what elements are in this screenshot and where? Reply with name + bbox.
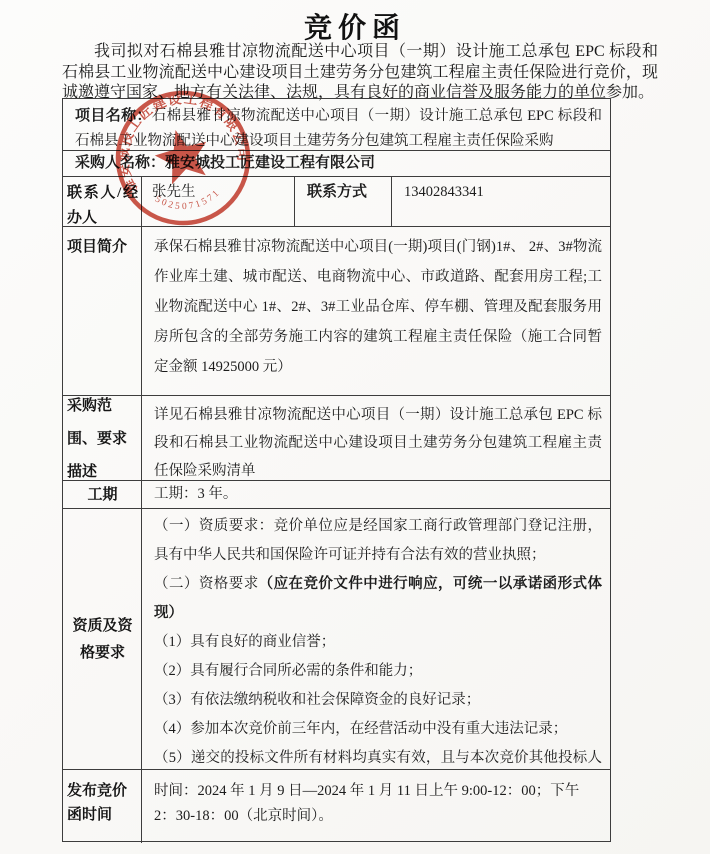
qualification-line: （4）参加本次竞价前三年内，在经营活动中没有重大违法记录； xyxy=(154,715,602,744)
contact-label: 联系人/经办人 xyxy=(63,177,141,226)
table-row-brief: 项目简介 承保石棉县雅甘凉物流配送中心项目(一期)项目(门钢)1#、 2#、3#… xyxy=(63,226,610,395)
scope-text: 详见石棉县雅甘凉物流配送中心项目（一期）设计施工总承包 EPC 标段和石棉县工业… xyxy=(141,396,610,480)
duration-label: 工期 xyxy=(63,481,141,508)
qualification-content: （一）资质要求：竞价单位应是经国家工商行政管理部门登记注册，具有中华人民共和国保… xyxy=(141,509,610,769)
project-name-cell: 项目名称：石棉县雅甘凉物流配送中心项目（一期）设计施工总承包 EPC 标段和石棉… xyxy=(63,99,610,150)
document-page: 竞价函 我司拟对石棉县雅甘凉物流配送中心项目（一期）设计施工总承包 EPC 标段… xyxy=(0,0,710,854)
scope-label: 采购范围、要求描述 xyxy=(63,396,141,480)
table-row-contact: 联系人/经办人 张先生 联系方式 13402843341 xyxy=(63,176,610,226)
table-row-publish-time: 发布竞价函时间 时间：2024 年 1 月 9 日—2024 年 1 月 11 … xyxy=(63,769,610,843)
bid-info-table: 项目名称：石棉县雅甘凉物流配送中心项目（一期）设计施工总承包 EPC 标段和石棉… xyxy=(62,98,611,842)
intro-paragraph: 我司拟对石棉县雅甘凉物流配送中心项目（一期）设计施工总承包 EPC 标段和石棉县… xyxy=(62,42,658,104)
qualification-line: （2）具有履行合同所必需的条件和能力； xyxy=(154,657,602,686)
project-name-value: 石棉县雅甘凉物流配送中心项目（一期）设计施工总承包 EPC 标段和石棉县工业物流… xyxy=(75,108,602,149)
brief-label: 项目简介 xyxy=(63,227,141,395)
page-title: 竞价函 xyxy=(0,6,710,46)
brief-text: 承保石棉县雅甘凉物流配送中心项目(一期)项目(门钢)1#、 2#、3#物流作业库… xyxy=(141,227,610,395)
scope-label-text: 采购范围、要求描述 xyxy=(67,396,138,480)
qualification-line: （一）资质要求：竞价单位应是经国家工商行政管理部门登记注册，具有中华人民共和国保… xyxy=(154,512,602,570)
contact-method-label: 联系方式 xyxy=(294,177,391,226)
qualification-line: （二）资格要求（应在竞价文件中进行响应，可统一以承诺函形式体现） xyxy=(154,570,602,628)
purchaser-line: 采购人名称：雅安城投工匠建设工程有限公司 xyxy=(63,151,610,176)
publish-label: 发布竞价函时间 xyxy=(63,770,141,843)
qualification-label: 资质及资格要求 xyxy=(63,509,141,769)
project-name-label: 项目名称： xyxy=(75,108,152,124)
table-row-scope: 采购范围、要求描述 详见石棉县雅甘凉物流配送中心项目（一期）设计施工总承包 EP… xyxy=(63,395,610,480)
qual-line2-prefix: （二）资格要求 xyxy=(154,576,259,592)
contact-name-value: 张先生 xyxy=(141,177,294,226)
table-row-project-name: 项目名称：石棉县雅甘凉物流配送中心项目（一期）设计施工总承包 EPC 标段和石棉… xyxy=(63,99,610,150)
contact-phone-value: 13402843341 xyxy=(391,177,610,226)
table-row-duration: 工期 工期：3 年。 xyxy=(63,480,610,508)
table-row-purchaser: 采购人名称：雅安城投工匠建设工程有限公司 xyxy=(63,150,610,176)
qualification-label-text: 资质及资格要求 xyxy=(67,613,138,667)
duration-text: 工期：3 年。 xyxy=(141,481,610,508)
publish-text: 时间：2024 年 1 月 9 日—2024 年 1 月 11 日上午 9:00… xyxy=(141,770,610,843)
qualification-line: （5）递交的投标文件所有材料均真实有效，且与本次竞价其他投标人无关联； xyxy=(154,744,602,769)
table-row-qualification: 资质及资格要求 （一）资质要求：竞价单位应是经国家工商行政管理部门登记注册，具有… xyxy=(63,508,610,769)
qualification-line: （1）具有良好的商业信誉； xyxy=(154,628,602,657)
qualification-line: （3）有依法缴纳税收和社会保障资金的良好记录； xyxy=(154,686,602,715)
